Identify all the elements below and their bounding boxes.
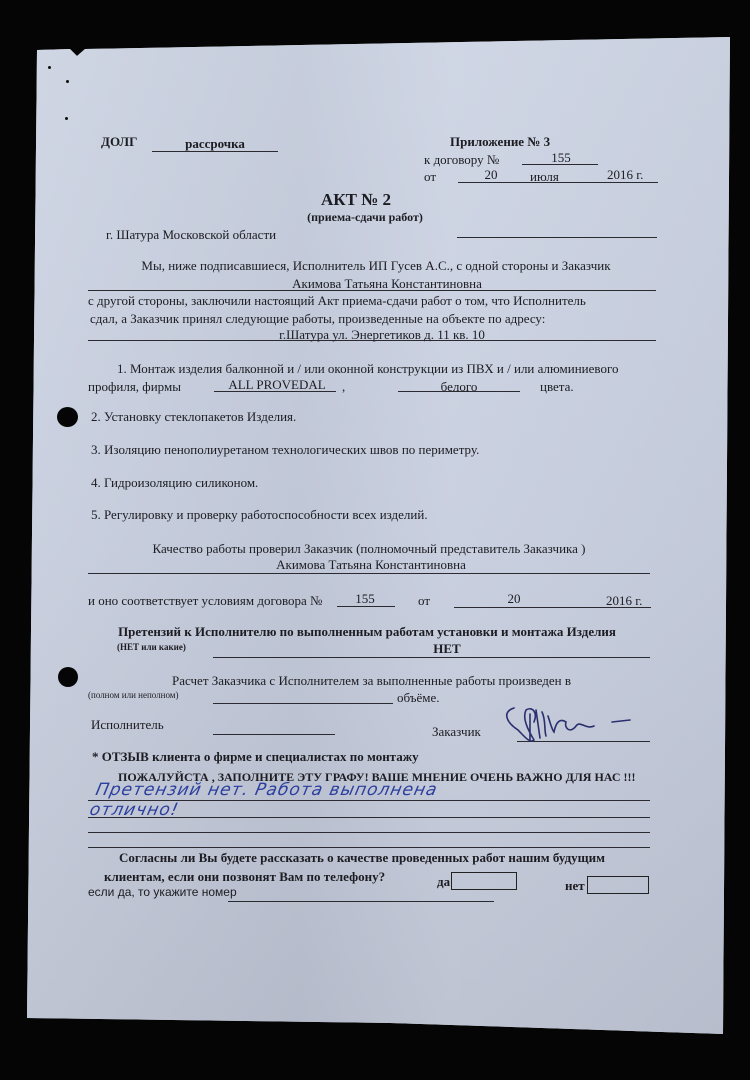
color-suffix: цвета. [540,380,574,393]
debt-value: рассрочка [185,137,245,150]
conform-date-underline [454,607,651,608]
executor-signature-line [213,734,335,735]
customer-name-underline [88,290,656,291]
referral-question-line2: клиентам, если они позвонят Вам по телеф… [104,870,385,883]
phone-label: если да, то укажите номер [88,886,237,898]
city-label: г. Шатура Московской области [106,228,276,241]
customer-label: Заказчик [432,725,481,738]
work-item-2: 2. Установку стеклопакетов Изделия. [91,410,296,423]
checker-name-underline [88,573,650,574]
claims-hint: (НЕТ или какие) [117,643,186,652]
appendix-label: Приложение № 3 [450,135,550,148]
feedback-line-2 [88,817,650,818]
pin-hole [48,66,51,69]
conform-text: и оно соответствует условиям договора № [88,594,322,607]
conform-contract-number: 155 [355,592,375,605]
conform-year: 2016 г. [606,594,642,607]
work-item-1: 1. Монтаж изделия балконной и / или окон… [117,362,618,375]
date-year: 2016 г. [607,168,643,181]
brand-underline [214,391,336,392]
contract-number: 155 [551,151,571,164]
payment-hint: (полном или неполном) [88,691,179,700]
punch-hole-bottom [58,667,78,687]
date-day: 20 [485,168,498,181]
conform-contract-underline [337,606,395,607]
profile-brand: ALL PROVEDAL [228,378,325,391]
parties-intro: Мы, ниже подписавшиеся, Исполнитель ИП Г… [141,259,610,272]
phone-underline [228,901,494,902]
customer-name: Акимова Татьяна Константиновна [292,277,482,290]
quality-checked-text: Качество работы проверил Заказчик (полно… [152,542,585,555]
feedback-line-3 [88,832,650,833]
customer-signature [500,700,650,750]
act-subtitle: (приема-сдачи работ) [307,211,423,223]
claims-underline [213,657,650,658]
feedback-line-4 [88,847,650,848]
no-label: нет [565,879,585,892]
referral-question-line1: Согласны ли Вы будете рассказать о качес… [119,851,605,864]
address-underline [88,340,656,341]
claims-value: НЕТ [433,642,460,655]
payment-text: Расчет Заказчика с Исполнителем за выпол… [172,674,571,687]
executor-label: Исполнитель [91,718,164,731]
work-item-5: 5. Регулировку и проверку работоспособно… [91,508,428,521]
feedback-title: * ОТЗЫВ клиента о фирме и специалистах п… [92,750,419,763]
pin-hole [65,117,68,120]
conform-day: 20 [508,592,521,605]
paper-sheet: ДОЛГ рассрочка Приложение № 3 к договору… [0,0,750,1080]
act-title: АКТ № 2 [321,191,391,208]
payment-underline [213,703,393,704]
no-checkbox[interactable] [587,876,649,894]
debt-label: ДОЛГ [101,135,137,148]
date-from-label: от [424,170,436,183]
color-underline [398,391,520,392]
yes-checkbox[interactable] [451,872,517,890]
pin-hole [66,80,69,83]
contract-label: к договору № [424,153,499,166]
work-item-3: 3. Изоляцию пенополиуретаном технологиче… [91,443,479,456]
claims-title: Претензий к Исполнителю по выполненным р… [118,625,616,638]
brand-comma: , [342,380,345,393]
payment-suffix: объёме. [397,691,440,704]
city-date-underline [457,237,657,238]
conform-from-label: от [418,594,430,607]
feedback-handwritten-line1[interactable]: Претензий нет. Работа выполнена [94,780,440,800]
debt-underline [152,151,278,152]
quality-checker-name: Акимова Татьяна Константиновна [276,558,466,571]
parties-text-line1: с другой стороны, заключили настоящий Ак… [88,294,586,307]
parties-text-line2: сдал, а Заказчик принял следующие работы… [90,312,545,325]
work-item-1-prefix: профиля, фирмы [88,380,181,393]
work-item-4: 4. Гидроизоляцию силиконом. [91,476,258,489]
punch-hole-top [57,407,78,427]
contract-underline [522,164,598,165]
date-underline [458,182,658,183]
yes-label: да [437,875,450,888]
